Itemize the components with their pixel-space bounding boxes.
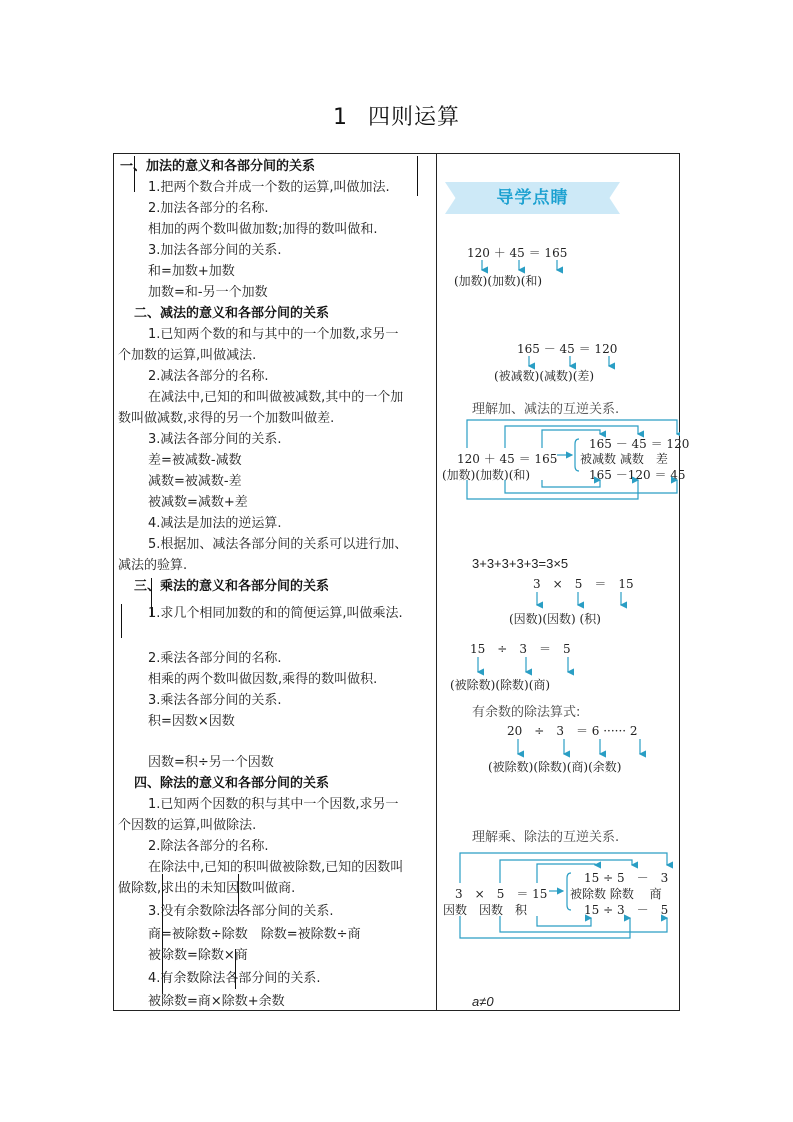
- text-caret-mark: [417, 156, 418, 196]
- note-line: 被减数=减数+差: [148, 494, 248, 512]
- note-line: 2.除法各部分的名称.: [148, 838, 269, 856]
- section-heading: 二、减法的意义和各部分间的关系: [134, 305, 329, 323]
- add-sub-bottom-equation: 165 －120 ＝ 45: [589, 466, 686, 483]
- multiplication-equation: 3 × 5 ＝ 15: [533, 575, 634, 592]
- mul-div-left-equation: 3 × 5 ＝ 15: [455, 885, 547, 902]
- note-line: 差=被减数-减数: [148, 452, 242, 470]
- note-line: 3.减法各部分间的关系.: [148, 431, 282, 449]
- note-line: 3.没有余数除法各部分间的关系.: [148, 903, 334, 921]
- remainder-equation: 20 ÷ 3 ＝ 6 ······ 2: [507, 722, 638, 739]
- multiplication-labels: (因数)(因数) (积): [509, 610, 601, 627]
- add-sub-left-equation: 120 ＋ 45 ＝ 165: [457, 450, 557, 467]
- note-line: 1.求几个相同加数的和的简便运算,叫做乘法.: [148, 605, 403, 623]
- note-line: 3.加法各部分间的关系.: [148, 242, 282, 260]
- note-line: 个加数的运算,叫做减法.: [118, 347, 256, 365]
- note-line: 和=加数+加数: [148, 263, 235, 281]
- note-line: 相乘的两个数叫做因数,乘得的数叫做积.: [148, 671, 377, 689]
- note-line: 2.减法各部分的名称.: [148, 368, 269, 386]
- text-caret-mark: [134, 156, 135, 192]
- note-line: 被除数=商×除数+余数: [148, 993, 285, 1011]
- page-title: 1四则运算: [0, 100, 793, 131]
- note-line: 相加的两个数叫做加数;加得的数叫做和.: [148, 221, 378, 239]
- note-line: 商=被除数÷除数 除数=被除数÷商: [148, 926, 361, 944]
- addition-labels: (加数)(加数)(和): [454, 272, 542, 289]
- note-line: 做除数,求出的未知因数叫做商.: [118, 880, 295, 898]
- text-caret-mark: [238, 874, 239, 914]
- add-sub-left-labels: (加数)(加数)(和): [442, 466, 530, 483]
- note-line: 积=因数×因数: [148, 713, 235, 731]
- tips-banner-title: 导学点睛: [445, 182, 620, 214]
- section-number: 1: [333, 105, 348, 130]
- note-line: 2.乘法各部分间的名称.: [148, 650, 282, 668]
- addition-equation: 120 ＋ 45 ＝ 165: [467, 244, 567, 261]
- remainder-labels: (被除数)(除数)(商)(余数): [488, 758, 621, 775]
- division-labels: (被除数)(除数)(商): [450, 676, 550, 693]
- note-line: 减数=被减数-差: [148, 473, 242, 491]
- add-sub-mid-labels: 被减数 减数 差: [580, 450, 668, 467]
- note-line: 1.已知两个数的和与其中的一个加数,求另一: [148, 326, 399, 344]
- division-equation: 15 ÷ 3 ＝ 5: [470, 640, 571, 657]
- note-line: 2.加法各部分的名称.: [148, 200, 269, 218]
- note-line: 1.已知两个因数的积与其中一个因数,求另一: [148, 796, 399, 814]
- note-line: 减法的验算.: [118, 557, 187, 575]
- text-caret-mark: [235, 949, 236, 989]
- note-line: 5.根据加、减法各部分间的关系可以进行加、: [148, 536, 407, 554]
- mul-div-note: 理解乘、除法的互逆关系.: [472, 826, 619, 845]
- section-heading: 四、除法的意义和各部分间的关系: [134, 775, 329, 793]
- text-caret-mark: [151, 578, 152, 616]
- subtraction-equation: 165 － 45 ＝ 120: [517, 340, 617, 357]
- note-line: 3.乘法各部分间的关系.: [148, 692, 282, 710]
- content-table: 一、加法的意义和各部分间的关系1.把两个数合并成一个数的运算,叫做加法.2.加法…: [113, 153, 680, 1011]
- mul-div-mid-labels: 被除数 除数 商: [570, 885, 662, 902]
- text-caret-mark: [121, 604, 122, 638]
- repeated-addition: 3+3+3+3+3=3×5: [472, 556, 568, 571]
- note-line: 因数=积÷另一个因数: [148, 754, 274, 772]
- mul-div-bottom-equation: 15 ÷ 3 － 5: [584, 901, 668, 918]
- section-heading: 一、加法的意义和各部分间的关系: [120, 158, 315, 176]
- footnote: a≠0: [472, 994, 494, 1009]
- note-line: 在减法中,已知的和叫做被减数,其中的一个加: [148, 389, 403, 407]
- add-sub-note: 理解加、减法的互逆关系.: [472, 398, 619, 417]
- text-caret-mark: [162, 874, 163, 994]
- note-line: 个因数的运算,叫做除法.: [118, 817, 256, 835]
- subtraction-labels: (被减数)(减数)(差): [494, 367, 594, 384]
- section-heading: 三、乘法的意义和各部分间的关系: [134, 578, 329, 596]
- mul-div-top-equation: 15 ÷ 5 － 3: [584, 869, 668, 886]
- note-line: 在除法中,已知的积叫做被除数,已知的因数叫: [148, 859, 403, 877]
- section-title: 四则运算: [368, 105, 460, 130]
- mul-div-left-labels: 因数 因数 积: [443, 901, 527, 918]
- note-line: 4.减法是加法的逆运算.: [148, 515, 282, 533]
- note-line: 加数=和-另一个加数: [148, 284, 268, 302]
- note-line: 1.把两个数合并成一个数的运算,叫做加法.: [148, 179, 390, 197]
- tips-column: 导学点睛 120 ＋ 45 ＝ 165 (加数)(加数)(和) 165 － 45…: [437, 154, 680, 1010]
- note-line: 数叫做减数,求得的另一个加数叫做差.: [118, 410, 334, 428]
- remainder-note: 有余数的除法算式:: [472, 701, 580, 720]
